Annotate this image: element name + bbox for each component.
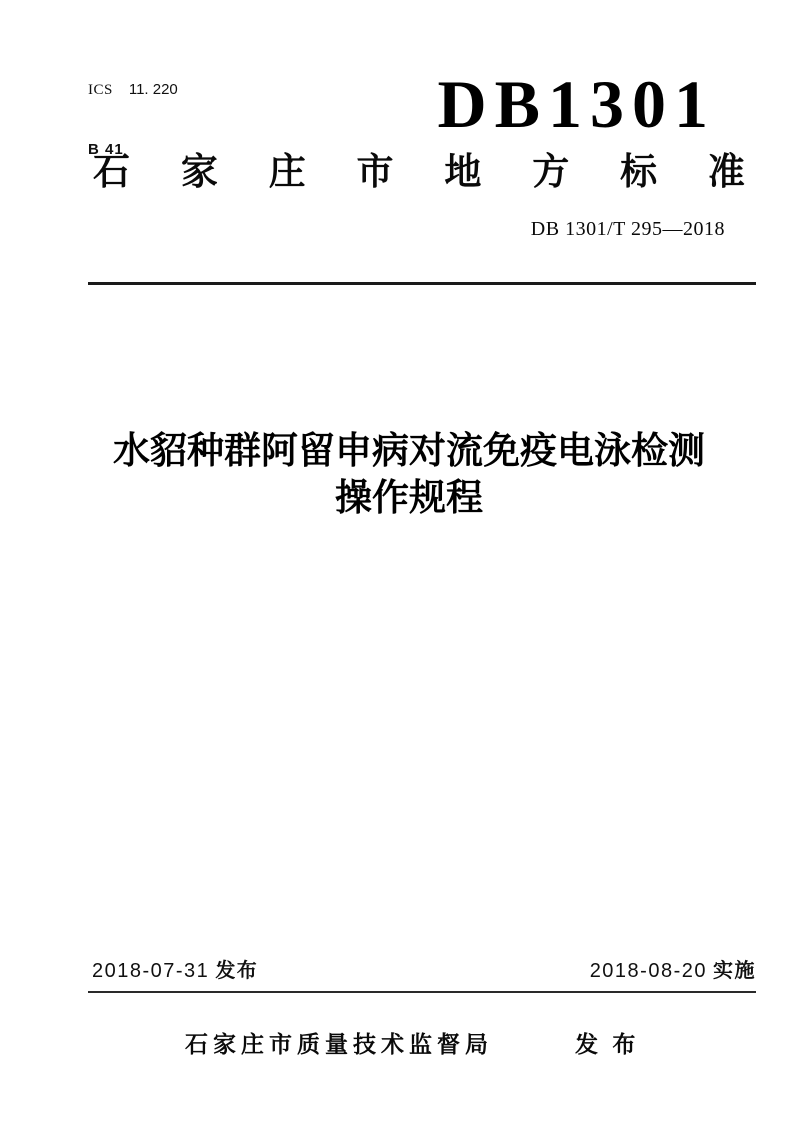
header-rule bbox=[88, 282, 756, 285]
document-number: DB 1301/T 295—2018 bbox=[531, 216, 725, 242]
ics-value: 11. 220 bbox=[129, 81, 178, 98]
dates-row: 2018-07-31发布 2018-08-20实施 bbox=[92, 958, 756, 984]
issue-date: 2018-07-31 bbox=[92, 960, 209, 982]
issue-label: 发布 bbox=[215, 960, 258, 982]
standard-code-large: DB1301 bbox=[438, 70, 716, 138]
standard-name: 石家庄市地方标准 bbox=[93, 150, 745, 194]
issue-date-cell: 2018-07-31发布 bbox=[92, 958, 258, 984]
publish-label: 发 布 bbox=[575, 1029, 639, 1059]
title-line-1: 水貂种群阿留申病对流免疫电泳检测 bbox=[18, 427, 800, 474]
implement-date-cell: 2018-08-20实施 bbox=[590, 958, 756, 984]
title-line-2: 操作规程 bbox=[18, 474, 800, 521]
ics-line: ICS11. 220 bbox=[88, 80, 178, 100]
ics-label: ICS bbox=[88, 82, 113, 98]
standard-cover-page: ICS11. 220 B 41 DB1301 石家庄市地方标准 DB 1301/… bbox=[0, 0, 800, 1130]
document-title: 水貂种群阿留申病对流免疫电泳检测 操作规程 bbox=[18, 427, 800, 521]
implement-label: 实施 bbox=[713, 960, 756, 982]
publisher-name: 石家庄市质量技术监督局 bbox=[185, 1029, 493, 1059]
implement-date: 2018-08-20 bbox=[590, 960, 707, 982]
footer-rule bbox=[88, 991, 756, 993]
